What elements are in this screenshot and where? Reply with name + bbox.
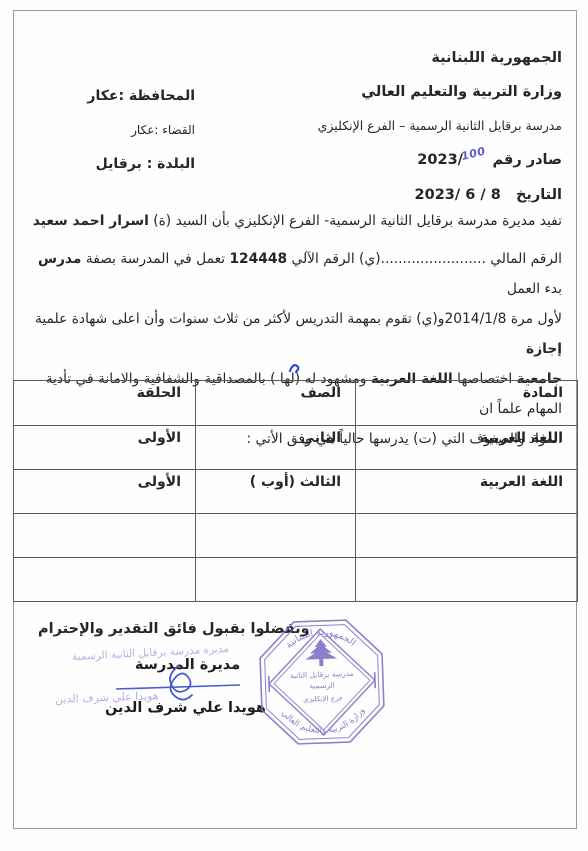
- cell-class: الثالث (أوب ): [196, 470, 356, 514]
- stamp-center-line3: فرع الإنكليزي: [303, 694, 342, 703]
- cell-subject: [356, 558, 578, 602]
- date-line: التاريخ 2023/ 6 / 8: [318, 185, 562, 205]
- school-name-line: مدرسة برقايل الثانية الرسمية – الفرع الإ…: [318, 116, 562, 136]
- table-header-row: المادة الصف الحلقة: [14, 381, 578, 426]
- job-title: مدرس: [38, 251, 82, 267]
- date-value: 2023/ 6 / 8: [415, 187, 501, 203]
- cell-cycle: [14, 514, 196, 558]
- col-subject: المادة: [356, 381, 578, 426]
- cell-subject: اللغة العربية: [356, 426, 578, 470]
- issued-year: 2023/: [417, 152, 463, 168]
- cell-class: [196, 514, 356, 558]
- cell-class: الثاني: [196, 426, 356, 470]
- table-row: اللغة العربية الثاني الأولى: [14, 426, 578, 470]
- teacher-name: اسرار احمد سعيد: [33, 213, 149, 229]
- subjects-table: المادة الصف الحلقة اللغة العربية الثاني …: [13, 380, 578, 602]
- table-row-empty: [14, 558, 578, 602]
- stamp-center-line2: الرسمية: [309, 681, 335, 691]
- table-row: اللغة العربية الثالث (أوب ) الأولى: [14, 470, 578, 514]
- body-line-2: الرقم المالي ........................(ي)…: [22, 244, 562, 304]
- date-label: التاريخ: [516, 187, 562, 203]
- district-line: القضاء :عكار: [87, 120, 195, 140]
- body-text: تعمل في المدرسة بصفة: [81, 251, 229, 267]
- cell-cycle: الأولى: [14, 470, 196, 514]
- ministry-title: وزارة التربية والتعليم العالي: [318, 82, 562, 102]
- cell-cycle: الأولى: [14, 426, 196, 470]
- body-text: تفيد مديرة مدرسة برقايل الثانية الرسمية-…: [149, 213, 562, 229]
- body-line-3: لأول مرة 2014/1/8و(ي) تقوم بمهمة التدريس…: [22, 304, 562, 364]
- town-line: البلدة : برقايل: [87, 154, 195, 174]
- header-left-column: المحافظة :عكار القضاء :عكار البلدة : برق…: [87, 86, 195, 188]
- body-text: لأول مرة 2014/1/8و(ي) تقوم بمهمة التدريس…: [35, 311, 562, 327]
- col-class: الصف: [196, 381, 356, 426]
- cell-class: [196, 558, 356, 602]
- issued-label: صادر رقم: [492, 152, 562, 168]
- cell-cycle: [14, 558, 196, 602]
- official-document-page: الجمهورية اللبنانية وزارة التربية والتعل…: [0, 0, 588, 851]
- body-line-1: تفيد مديرة مدرسة برقايل الثانية الرسمية-…: [22, 206, 562, 236]
- blue-ink-mark: [286, 361, 304, 377]
- stamp-center-line1: مدرسة برقايل الثانية: [290, 669, 354, 680]
- machine-number: 124448: [229, 251, 287, 267]
- col-cycle: الحلقة: [14, 381, 196, 426]
- table-row-empty: [14, 514, 578, 558]
- cell-subject: اللغة العربية: [356, 470, 578, 514]
- governorate-line: المحافظة :عكار: [87, 86, 195, 106]
- cedar-tree-icon: [305, 638, 338, 666]
- body-text: بدء العمل: [507, 281, 562, 297]
- official-octagon-stamp: الجمهورية اللبنانية وزارة التربية والتعل…: [246, 606, 397, 757]
- handwritten-issue-number: 100: [459, 142, 488, 167]
- issued-number-line: صادر رقم 1002023/: [318, 150, 562, 171]
- header-right-column: الجمهورية اللبنانية وزارة التربية والتعل…: [318, 48, 562, 219]
- cell-subject: [356, 514, 578, 558]
- body-text: الرقم المالي ........................(ي)…: [287, 251, 562, 267]
- republic-title: الجمهورية اللبنانية: [318, 48, 562, 68]
- degree-word: إجازة: [526, 341, 562, 357]
